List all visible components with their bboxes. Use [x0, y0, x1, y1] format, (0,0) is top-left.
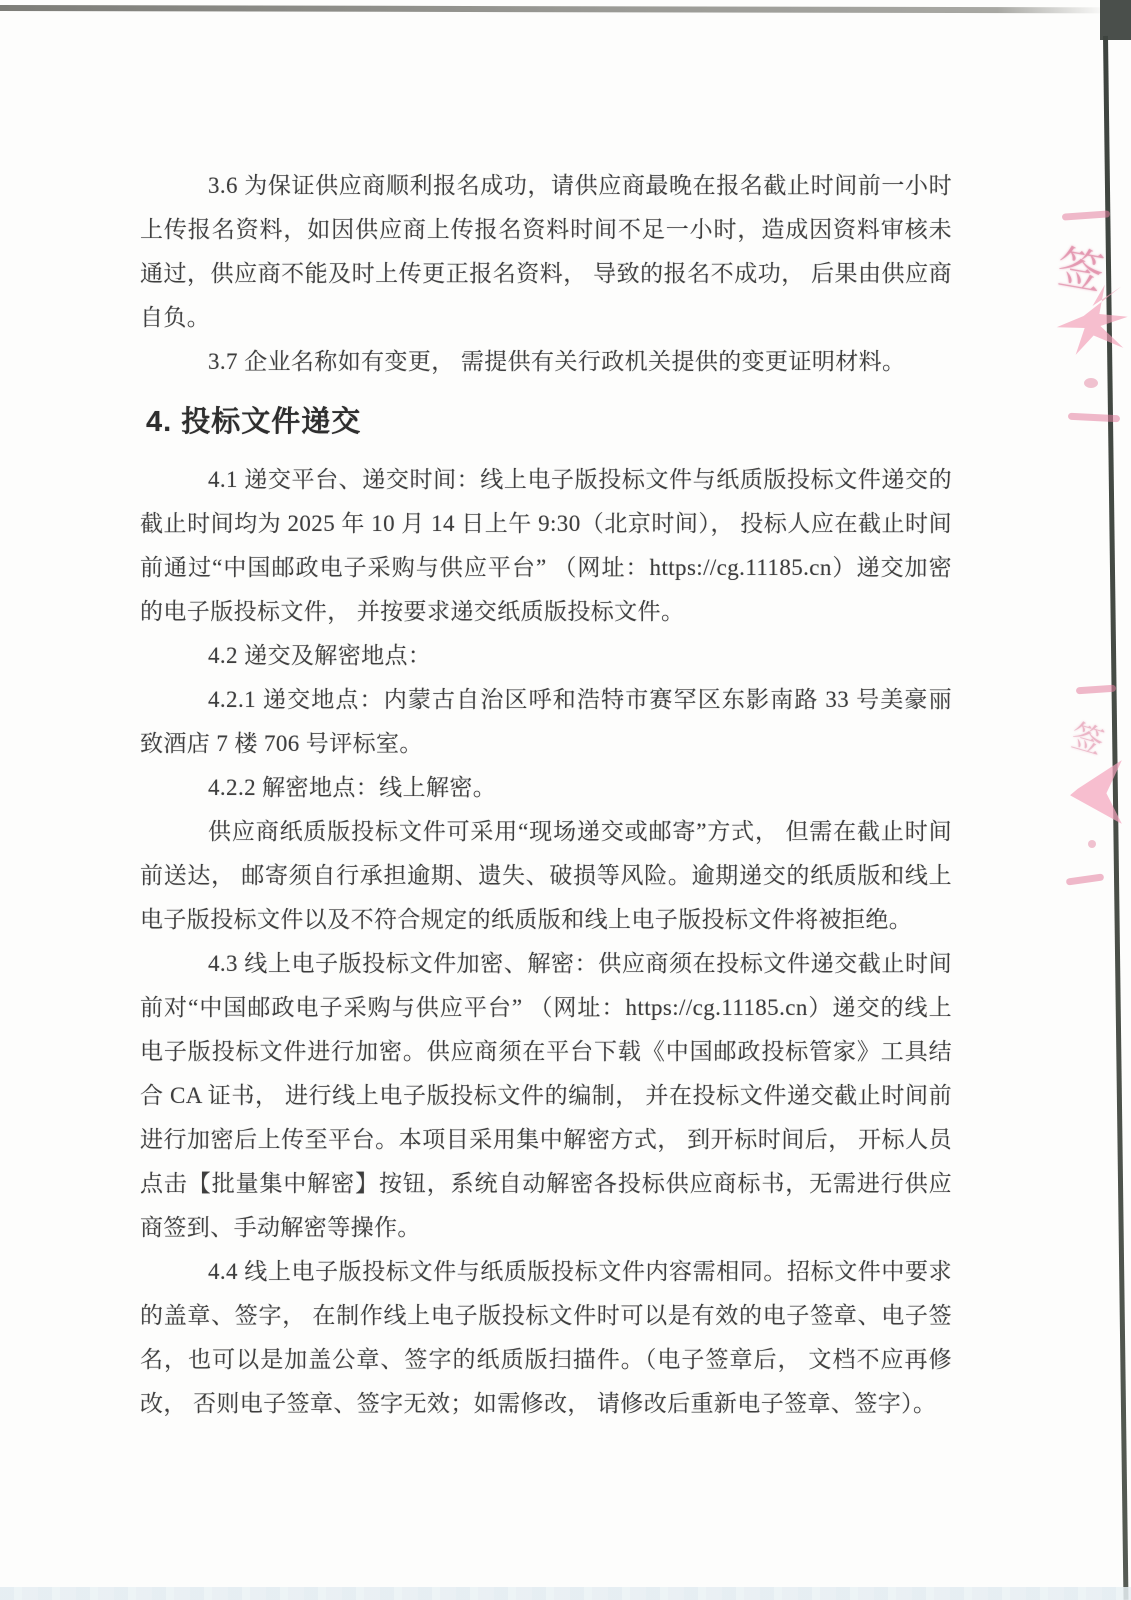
red-seal-fragment-upper: 签	[1050, 200, 1128, 440]
scan-right-edge-line	[1103, 36, 1128, 1600]
paragraph-3-6: 3.6 为保证供应商顺利报名成功，请供应商最晚在报名截止时间前一小时上传报名资料…	[140, 164, 952, 340]
seal-partial-star	[1050, 281, 1131, 361]
seal-partial-character: 签	[1053, 231, 1110, 304]
scan-corner-block	[1100, 0, 1131, 40]
paragraph-4-1: 4.1 递交平台、递交时间：线上电子版投标文件与纸质版投标文件递交的截止时间均为…	[140, 458, 952, 634]
paragraph-paper-delivery: 供应商纸质版投标文件可采用“现场递交或邮寄”方式， 但需在截止时间前送达， 邮寄…	[140, 810, 952, 942]
scanned-document-page: 签 签 3.6 为保证供应商顺利报名成功，请供应商最晚在报名截止时间前一小时上传…	[0, 0, 1131, 1600]
seal-stroke	[1062, 210, 1110, 220]
paragraph-4-2-2: 4.2.2 解密地点：线上解密。	[140, 766, 952, 810]
paragraph-4-4: 4.4 线上电子版投标文件与纸质版投标文件内容需相同。招标文件中要求的盖章、签字…	[140, 1250, 952, 1426]
scan-top-edge-line	[0, 5, 1108, 13]
paragraph-4-3: 4.3 线上电子版投标文件加密、解密：供应商须在投标文件递交截止时间前对“中国邮…	[140, 942, 952, 1250]
seal-stroke	[1066, 873, 1105, 885]
document-body: 3.6 为保证供应商顺利报名成功，请供应商最晚在报名截止时间前一小时上传报名资料…	[140, 164, 952, 1426]
paragraph-4-2-1: 4.2.1 递交地点：内蒙古自治区呼和浩特市赛罕区东影南路 33 号美豪丽致酒店…	[140, 678, 952, 766]
scan-bottom-edge-band	[0, 1587, 1131, 1600]
seal-fleck	[1084, 378, 1098, 388]
seal-fleck	[1088, 840, 1096, 848]
paragraph-3-7: 3.7 企业名称如有变更， 需提供有关行政机关提供的变更证明材料。	[140, 340, 952, 384]
seal-partial-character: 签	[1066, 710, 1109, 763]
section-4-heading: 4. 投标文件递交	[146, 400, 952, 444]
paragraph-4-2: 4.2 递交及解密地点：	[140, 634, 952, 678]
seal-stroke	[1076, 685, 1116, 695]
